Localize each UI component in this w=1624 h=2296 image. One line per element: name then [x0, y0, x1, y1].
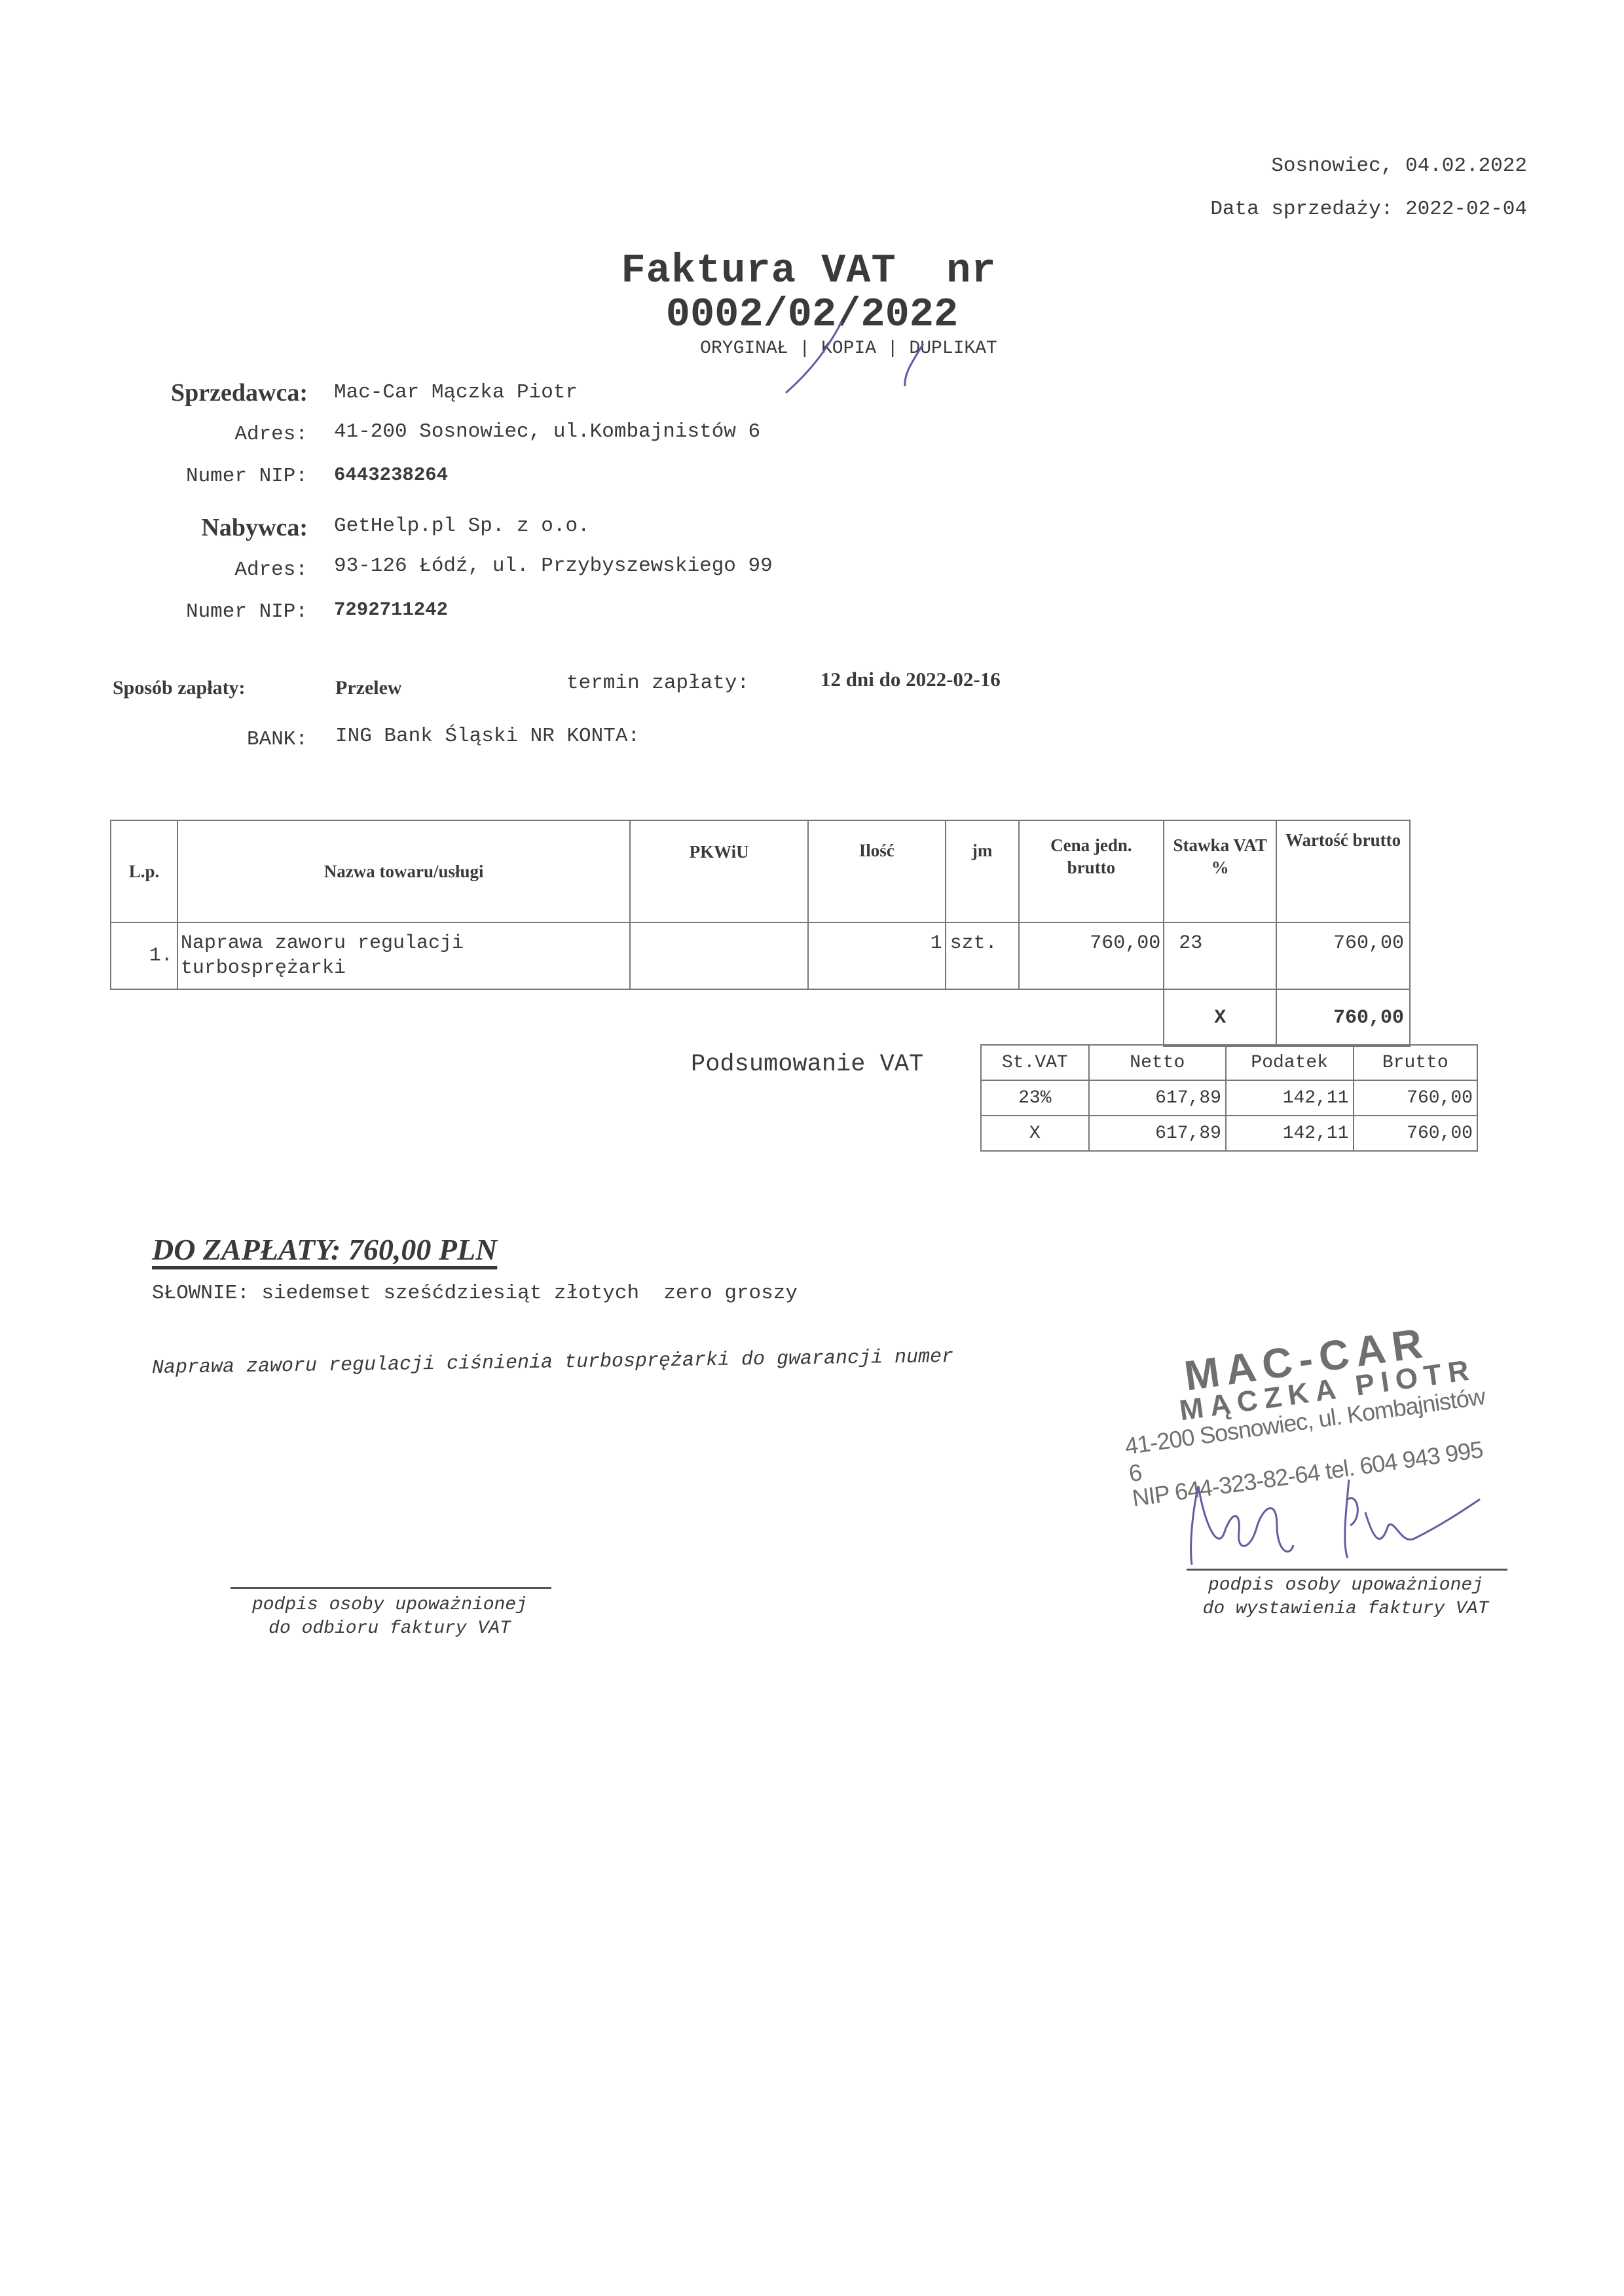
seller-nip: 6443238264 [334, 464, 448, 486]
vat-total-net: 617,89 [1089, 1116, 1226, 1151]
bank-value: ING Bank Śląski NR KONTA: [335, 725, 640, 748]
place-and-date: Sosnowiec, 04.02.2022 [1271, 155, 1527, 177]
vat-summary-label: Podsumowanie VAT [691, 1051, 923, 1078]
invoice-title: Faktura VAT nr [0, 247, 1624, 294]
buyer-address: 93-126 Łódź, ul. Przybyszewskiego 99 [334, 555, 773, 577]
row-name: Naprawa zaworu regulacji turbosprężarki [177, 922, 630, 989]
vat-col-net: Netto [1089, 1045, 1226, 1080]
vat-total-tax: 142,11 [1226, 1116, 1354, 1151]
col-value: Wartość brutto [1276, 820, 1410, 922]
sale-date-value: 2022-02-04 [1405, 198, 1527, 221]
buyer-name: GetHelp.pl Sp. z o.o. [334, 515, 590, 538]
pen-strike-marks [773, 314, 1008, 399]
seller-label: Sprzedawca: [92, 378, 308, 407]
payment-method: Przelew [335, 677, 402, 699]
vat-col-rate: St.VAT [981, 1045, 1089, 1080]
col-qty: Ilość [808, 820, 946, 922]
col-lp: L.p. [111, 820, 177, 922]
seller-nip-label: Numer NIP: [92, 465, 308, 488]
payment-term: 12 dni do 2022-02-16 [821, 668, 1001, 691]
row-value: 760,00 [1276, 922, 1410, 989]
bank-label: BANK: [92, 728, 308, 751]
sale-date-label: Data sprzedaży: [1210, 198, 1393, 221]
total-value: 760,00 [1276, 989, 1410, 1046]
row-lp: 1. [111, 922, 177, 989]
vat-header-row: St.VAT Netto Podatek Brutto [981, 1045, 1477, 1080]
vat-row: 23% 617,89 142,11 760,00 [981, 1080, 1477, 1116]
issuer-signature-line [1187, 1569, 1507, 1571]
vat-col-gross: Brutto [1354, 1045, 1477, 1080]
total-marker: X [1164, 989, 1276, 1046]
vat-col-tax: Podatek [1226, 1045, 1354, 1080]
buyer-nip-label: Numer NIP: [92, 600, 308, 623]
row-unit: szt. [946, 922, 1019, 989]
col-pkwiu: PKWiU [630, 820, 808, 922]
vat-total-row: X 617,89 142,11 760,00 [981, 1116, 1477, 1151]
vat-summary-table: St.VAT Netto Podatek Brutto 23% 617,89 1… [980, 1044, 1478, 1152]
items-header-row: L.p. Nazwa towaru/usługi PKWiU Ilość jm … [111, 820, 1410, 922]
seller-name: Mac-Car Mączka Piotr [334, 381, 578, 404]
vat-net: 617,89 [1089, 1080, 1226, 1116]
table-row: 1. Naprawa zaworu regulacji turbosprężar… [111, 922, 1410, 989]
amount-due: DO ZAPŁATY: 760,00 PLN [152, 1232, 497, 1267]
receiver-signature-caption: podpis osoby upoważnionej do odbioru fak… [223, 1594, 557, 1641]
handwritten-signature [1179, 1473, 1493, 1571]
row-pkwiu [630, 922, 808, 989]
buyer-nip: 7292711242 [334, 599, 448, 621]
col-vat-rate: Stawka VAT % [1164, 820, 1276, 922]
amount-in-words: SŁOWNIE: siedemset sześćdziesiąt złotych… [152, 1282, 798, 1305]
buyer-label: Nabywca: [92, 513, 308, 542]
vat-total-gross: 760,00 [1354, 1116, 1477, 1151]
seller-address-label: Adres: [92, 423, 308, 446]
row-unit-price: 760,00 [1019, 922, 1164, 989]
sale-date: Data sprzedaży: 2022-02-04 [1210, 198, 1527, 221]
invoice-note: Naprawa zaworu regulacji ciśnienia turbo… [152, 1346, 954, 1379]
payment-method-label: Sposób zapłaty: [113, 677, 246, 699]
vat-total-rate: X [981, 1116, 1089, 1151]
vat-tax: 142,11 [1226, 1080, 1354, 1116]
col-unit: jm [946, 820, 1019, 922]
seller-address: 41-200 Sosnowiec, ul.Kombajnistów 6 [334, 420, 760, 443]
receiver-signature-line [231, 1587, 551, 1589]
buyer-address-label: Adres: [92, 558, 308, 581]
vat-gross: 760,00 [1354, 1080, 1477, 1116]
row-qty: 1 [808, 922, 946, 989]
payment-term-label: termin zapłaty: [566, 672, 749, 695]
items-total-row: X 760,00 [111, 989, 1410, 1046]
col-unit-price: Cena jedn. brutto [1019, 820, 1164, 922]
col-name: Nazwa towaru/usługi [177, 820, 630, 922]
row-vat-rate: 23 [1164, 922, 1276, 989]
vat-rate: 23% [981, 1080, 1089, 1116]
items-table: L.p. Nazwa towaru/usługi PKWiU Ilość jm … [110, 820, 1411, 1047]
issuer-signature-caption: podpis osoby upoważnionej do wystawienia… [1179, 1574, 1513, 1621]
